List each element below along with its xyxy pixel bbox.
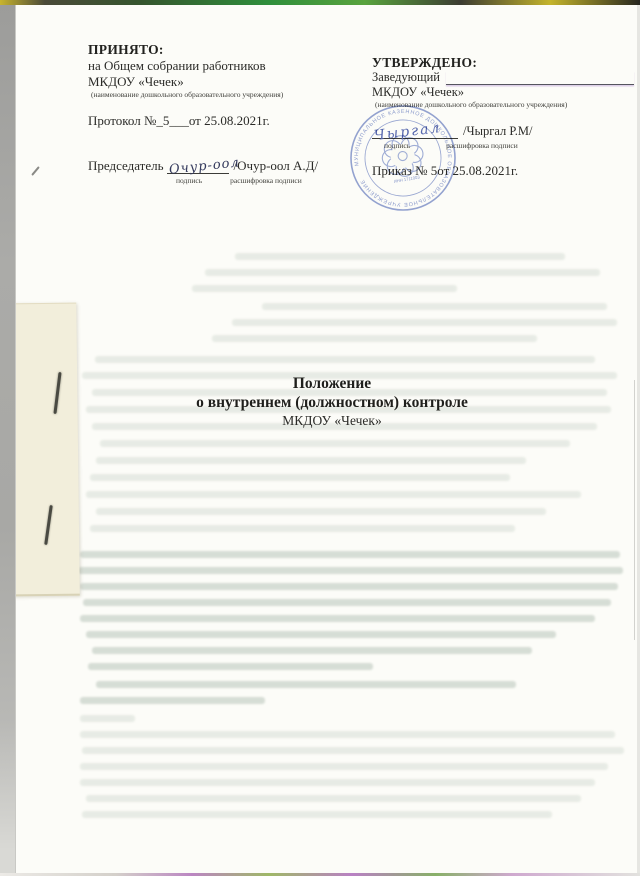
ghost-text-line <box>96 508 546 515</box>
signature-line: Очур-оол <box>167 159 229 174</box>
scanned-document-page: ПРИНЯТО: на Общем собрании работников МК… <box>0 0 640 876</box>
ghost-text-line <box>80 779 595 786</box>
scan-edge-top <box>0 0 640 5</box>
approved-org: МКДОУ «Чечек» <box>372 85 634 100</box>
stamp-center-text: ИНН 1711003 <box>393 174 420 184</box>
ghost-text-line <box>95 356 595 363</box>
ghost-text-line <box>90 474 510 481</box>
ghost-text-line <box>83 599 611 606</box>
paper-strip <box>9 303 80 597</box>
signature-decryption: /Очур-оол А.Д/ <box>234 158 319 174</box>
accepted-line2: МКДОУ «Чечек» <box>88 74 388 90</box>
ghost-text-line <box>92 647 532 654</box>
ghost-text-line <box>100 440 570 447</box>
ghost-text-line <box>86 795 581 802</box>
ghost-text-line <box>96 681 516 688</box>
ghost-text-line <box>80 763 608 770</box>
ghost-text-line <box>262 303 607 310</box>
approved-heading: УТВЕРЖДЕНО: <box>372 55 634 70</box>
ghost-text-line <box>80 615 595 622</box>
accepted-heading: ПРИНЯТО: <box>88 42 388 58</box>
blank-underline <box>446 71 634 85</box>
ghost-text-line <box>86 631 556 638</box>
head-position-row: Заведующий <box>372 70 634 85</box>
decrypt-caption: расшифровка подписи <box>230 176 302 185</box>
ghost-text-line <box>192 285 457 292</box>
ghost-text-line <box>212 335 537 342</box>
ghost-text-line <box>80 551 620 558</box>
stamp-flower-icon <box>379 132 426 179</box>
ghost-text-line <box>80 715 135 722</box>
ghost-text-line <box>78 567 623 574</box>
official-stamp: МУНИЦИПАЛЬНОЕ КАЗЕННОЕ ДОШКОЛЬНОЕ ОБРАЗО… <box>338 93 468 223</box>
ghost-text-line <box>232 319 617 326</box>
title-line1: Положение <box>24 374 640 393</box>
ghost-text-line <box>205 269 600 276</box>
title-line2: о внутреннем (должностном) контроле <box>24 393 640 412</box>
ghost-text-line <box>235 253 565 260</box>
chairman-signature-row: Председатель Очур-оол /Очур-оол А.Д/ <box>88 158 388 174</box>
scan-artifact-line <box>634 380 635 640</box>
ghost-text-line <box>80 731 615 738</box>
ghost-text-line <box>80 583 618 590</box>
chairman-label: Председатель <box>88 158 164 174</box>
ghost-text-line <box>96 457 526 464</box>
head-position-label: Заведующий <box>372 70 440 85</box>
scan-edge-left <box>0 0 16 876</box>
org-name-note: (наименование дошкольного образовательно… <box>91 90 388 100</box>
ghost-text-line <box>82 747 624 754</box>
signature-decryption: /Чыргал Р.М/ <box>463 124 533 139</box>
ghost-text-line <box>90 525 515 532</box>
ghost-text-line <box>80 697 265 704</box>
document-title: Положение о внутреннем (должностном) кон… <box>0 374 640 429</box>
accepted-line1: на Общем собрании работников <box>88 58 388 74</box>
ghost-text-line <box>82 811 552 818</box>
title-line3: МКДОУ «Чечек» <box>24 412 640 429</box>
ghost-text-line <box>88 663 373 670</box>
ghost-text-line <box>86 491 581 498</box>
